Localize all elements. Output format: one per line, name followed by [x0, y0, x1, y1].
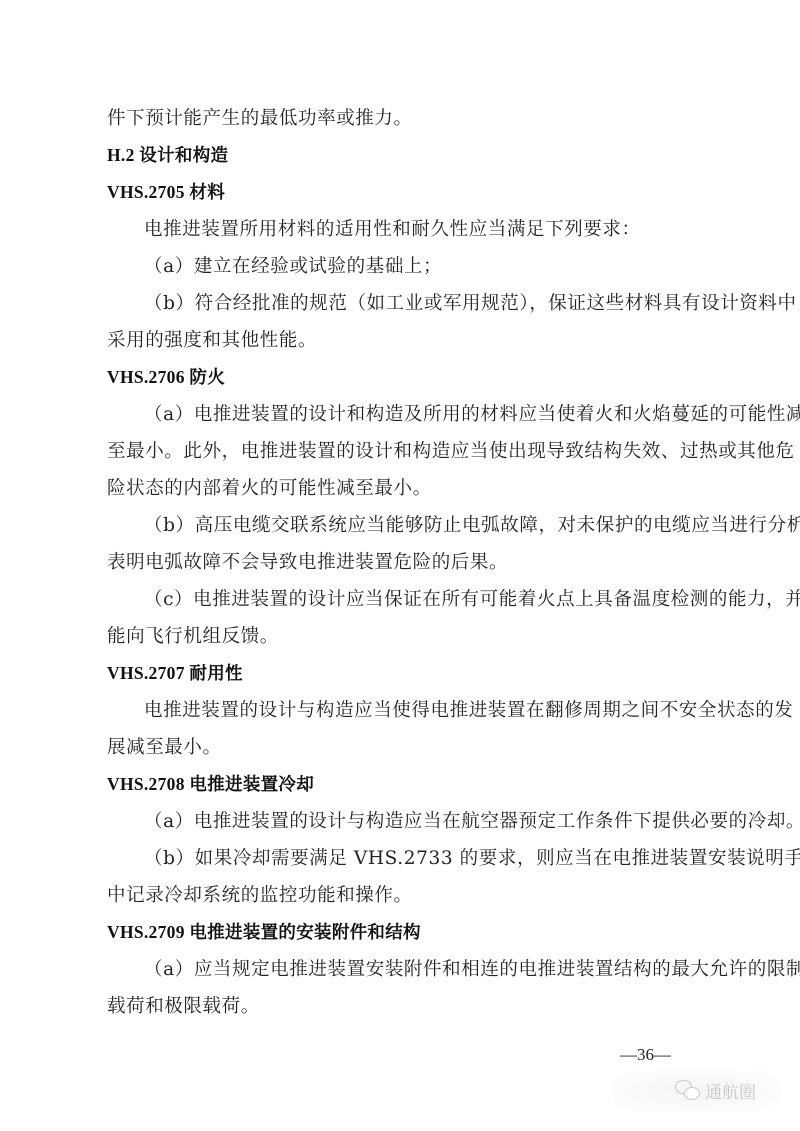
list-item-b: （b）符合经批准的规范（如工业或军用规范），保证这些材料具有设计资料中 [107, 285, 693, 322]
clause-heading-vhs2706: VHS.2706 防火 [107, 359, 693, 396]
body-text-line: 展减至最小。 [107, 729, 693, 766]
body-text-line: 表明电弧故障不会导致电推进装置危险的后果。 [107, 544, 693, 581]
page-number: —36— [620, 1045, 671, 1065]
body-text-line: 件下预计能产生的最低功率或推力。 [107, 100, 693, 137]
clause-heading-vhs2707: VHS.2707 耐用性 [107, 655, 693, 692]
body-text-line: 电推进装置所用材料的适用性和耐久性应当满足下列要求： [107, 211, 693, 248]
body-text-line: 中记录冷却系统的监控功能和操作。 [107, 877, 693, 914]
clause-heading-vhs2709: VHS.2709 电推进装置的安装附件和结构 [107, 914, 693, 951]
wechat-icon [675, 1080, 701, 1102]
body-text-line: 载荷和极限载荷。 [107, 988, 693, 1025]
list-item-a: （a）建立在经验或试验的基础上； [107, 248, 693, 285]
body-text-line: 电推进装置的设计与构造应当使得电推进装置在翻修周期之间不安全状态的发 [107, 692, 693, 729]
section-heading-h2: H.2 设计和构造 [107, 137, 693, 174]
list-item-b: （b）如果冷却需要满足 VHS.2733 的要求，则应当在电推进装置安装说明手册 [107, 840, 693, 877]
list-item-c: （c）电推进装置的设计应当保证在所有可能着火点上具备温度检测的能力，并 [107, 581, 693, 618]
watermark-text: 通航圈 [705, 1078, 756, 1103]
body-text-line: 采用的强度和其他性能。 [107, 322, 693, 359]
clause-heading-vhs2708: VHS.2708 电推进装置冷却 [107, 766, 693, 803]
body-text-line: 能向飞行机组反馈。 [107, 618, 693, 655]
list-item-a: （a）应当规定电推进装置安装附件和相连的电推进装置结构的最大允许的限制 [107, 951, 693, 988]
watermark: 通航圈 [675, 1078, 756, 1103]
body-text-line: 至最小。此外，电推进装置的设计和构造应当使出现导致结构失效、过热或其他危 [107, 433, 693, 470]
body-text-line: 险状态的内部着火的可能性减至最小。 [107, 470, 693, 507]
list-item-a: （a）电推进装置的设计和构造及所用的材料应当使着火和火焰蔓延的可能性减 [107, 396, 693, 433]
clause-heading-vhs2705: VHS.2705 材料 [107, 174, 693, 211]
list-item-a: （a）电推进装置的设计与构造应当在航空器预定工作条件下提供必要的冷却。 [107, 803, 693, 840]
document-body: 件下预计能产生的最低功率或推力。 H.2 设计和构造 VHS.2705 材料 电… [107, 100, 693, 1025]
list-item-b: （b）高压电缆交联系统应当能够防止电弧故障，对未保护的电缆应当进行分析 [107, 507, 693, 544]
